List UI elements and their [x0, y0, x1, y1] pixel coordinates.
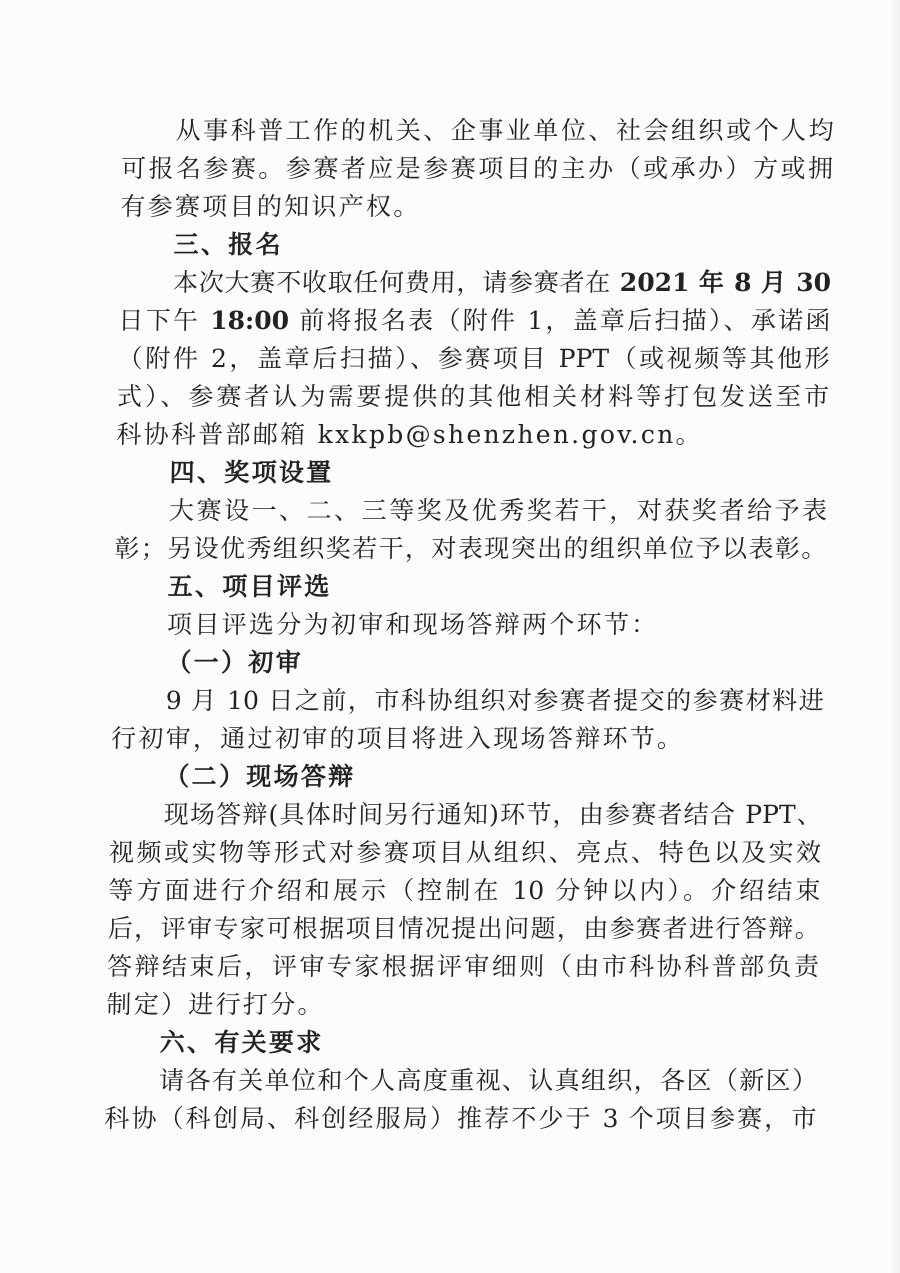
- text-segment: 本次大赛不收取任何费用，请参赛者在: [173, 268, 620, 297]
- text-line: 请各有关单位和个人高度重视、认真组织，各区（新区）: [105, 1062, 818, 1100]
- text-line: 行初审，通过初审的项目将进入现场答辩环节。: [111, 720, 824, 758]
- text-line: 9 月 10 日之前，市科协组织对参赛者提交的参赛材料进: [111, 682, 824, 720]
- text-line: 式）、参赛者认为需要提供的其他相关材料等打包发送至市: [117, 378, 830, 416]
- text-line: 本次大赛不收取任何费用，请参赛者在 2021 年 8 月 30: [119, 264, 832, 302]
- text-line: 日下午 18:00 前将报名表（附件 1，盖章后扫描）、承诺函: [118, 302, 831, 340]
- text-line: 大赛设一、二、三等奖及优秀奖若干，对获奖者给予表: [115, 492, 828, 530]
- deadline-date: 2021 年 8 月 30: [620, 268, 832, 297]
- section-heading-selection: 五、项目评选: [113, 568, 826, 606]
- text-line: 等方面进行介绍和展示（控制在 10 分钟以内）。介绍结束: [108, 872, 821, 910]
- text-line: 可报名参赛。参赛者应是参赛项目的主办（或承办）方或拥: [121, 150, 834, 188]
- email-address: kxkpb@shenzhen.gov.cn: [317, 420, 675, 449]
- text-line: 有参赛项目的知识产权。: [120, 188, 833, 226]
- document-page: 从事科普工作的机关、企事业单位、社会组织或个人均 可报名参赛。参赛者应是参赛项目…: [0, 0, 900, 1273]
- text-line: 答辩结束后，评审专家根据评审细则（由市科协科普部负责: [107, 948, 820, 986]
- text-line: 项目评选分为初审和现场答辩两个环节：: [113, 606, 826, 644]
- text-line: 科协（科创局、科创经服局）推荐不少于 3 个项目参赛，市: [104, 1100, 817, 1138]
- page-content: 从事科普工作的机关、企事业单位、社会组织或个人均 可报名参赛。参赛者应是参赛项目…: [104, 112, 834, 1138]
- section-heading-requirements: 六、有关要求: [105, 1024, 818, 1062]
- text-line: （附件 2，盖章后扫描）、参赛项目 PPT（或视频等其他形: [117, 340, 830, 378]
- text-line: 科协科普部邮箱 kxkpb@shenzhen.gov.cn。: [116, 416, 829, 454]
- text-line: 现场答辩(具体时间另行通知)环节，由参赛者结合 PPT、: [109, 796, 822, 834]
- text-line: 彰；另设优秀组织奖若干，对表现突出的组织单位予以表彰。: [114, 530, 827, 568]
- text-segment: 科协科普部邮箱: [116, 420, 318, 449]
- subheading-preliminary-review: （一）初审: [112, 644, 825, 682]
- subheading-onsite-defense: （二）现场答辩: [110, 758, 823, 796]
- text-line: 制定）进行打分。: [106, 986, 819, 1024]
- text-segment: 日下午: [118, 306, 210, 335]
- text-segment: 前将报名表（附件 1，盖章后扫描）、承诺函: [289, 306, 831, 335]
- scan-edge-shadow: [888, 0, 900, 1273]
- text-line: 后，评审专家可根据项目情况提出问题，由参赛者进行答辩。: [107, 910, 820, 948]
- section-heading-awards: 四、奖项设置: [115, 454, 828, 492]
- section-heading-signup: 三、报名: [119, 226, 832, 264]
- text-line: 从事科普工作的机关、企事业单位、社会组织或个人均: [121, 112, 834, 150]
- text-segment: 。: [675, 420, 703, 449]
- text-line: 视频或实物等形式对参赛项目从组织、亮点、特色以及实效: [109, 834, 822, 872]
- deadline-time: 18:00: [210, 306, 289, 335]
